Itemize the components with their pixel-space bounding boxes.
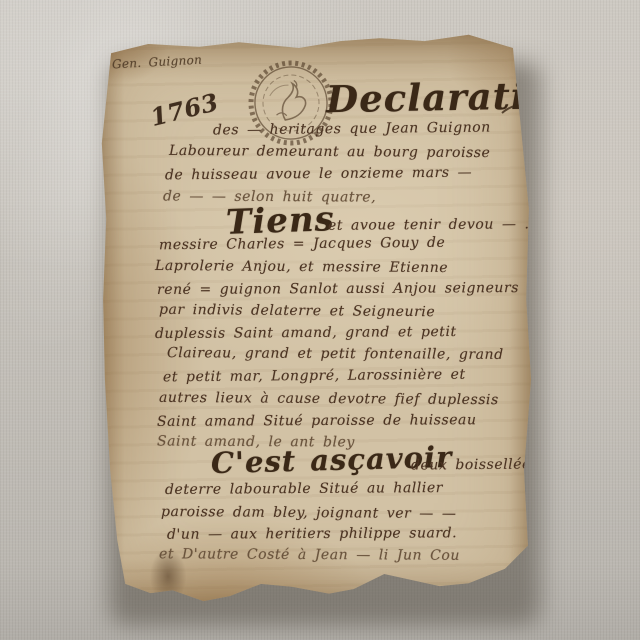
manuscript-paper: Gen. Guignon 1763 Declaration des — heri… bbox=[93, 33, 535, 611]
manuscript-line: rené = guignon Sanlot aussi Anjou seigne… bbox=[157, 280, 519, 298]
manuscript-line: Laprolerie Anjou, et messire Etienne bbox=[155, 258, 448, 276]
manuscript-line: et petit mar, Longpré, Larossinière et bbox=[163, 367, 466, 386]
manuscript-line: et avoue tenir devou — .— bbox=[328, 216, 544, 234]
margin-note-owner: Gen. Guignon bbox=[112, 53, 203, 72]
document-title: Declaration bbox=[326, 73, 580, 121]
manuscript-line: Saint amand Situé paroisse de huisseau bbox=[157, 412, 477, 430]
manuscript-line: duplessis Saint amand, grand et petit bbox=[155, 324, 457, 342]
manuscript-line: autres lieux à cause devotre fief duples… bbox=[159, 390, 499, 408]
manuscript-line: et D'autre Costé à Jean — li Jun Cou bbox=[159, 546, 460, 564]
manuscript-line: Claireau, grand et petit fontenaille, gr… bbox=[167, 345, 504, 363]
manuscript-line: deux boissellées bbox=[411, 456, 539, 473]
manuscript-line: de huisseau avoue le onzieme mars — bbox=[165, 165, 472, 184]
photo-background: Gen. Guignon 1763 Declaration des — heri… bbox=[0, 0, 640, 640]
manuscript-line: des — heritages que Jean Guignon bbox=[213, 120, 491, 139]
manuscript-line: par indivis delaterre et Seigneurie bbox=[159, 302, 435, 320]
margin-note-year: 1763 bbox=[148, 87, 222, 132]
manuscript-line: Laboureur demeurant au bourg paroisse bbox=[169, 143, 490, 161]
manuscript-line: messire Charles = Jacques Gouy de bbox=[159, 235, 445, 253]
manuscript-line: deterre labourable Situé au hallier bbox=[165, 480, 443, 498]
manuscript-line: d'un — aux heritiers philippe suard. bbox=[167, 525, 457, 543]
manuscript-line: paroisse dam bley, joignant ver — — bbox=[161, 504, 457, 522]
